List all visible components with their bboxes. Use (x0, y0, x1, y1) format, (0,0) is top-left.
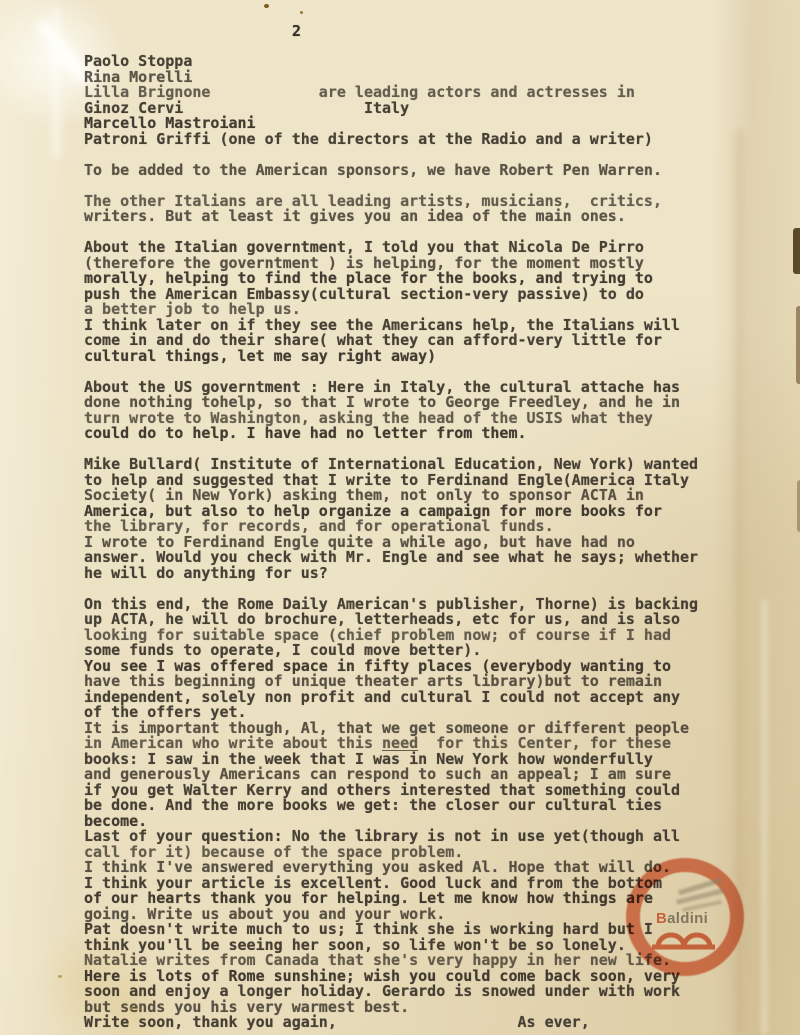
page-number: 2 (292, 22, 301, 40)
letter-line: To be added to the American sponsors, we… (84, 163, 774, 179)
letter-line: could do to help. I have had no letter f… (84, 426, 774, 442)
paper-crease-left (52, 8, 60, 158)
letter-line: Patroni Griffi (one of the directors at … (84, 132, 774, 148)
torn-edge-mark (793, 228, 800, 274)
torn-edge-mark (796, 306, 800, 384)
letter-line: be done. And the more books we get: the … (84, 798, 774, 814)
letter-line: Write soon, thank you again, As ever, (84, 1015, 774, 1031)
letter-line: cultural things, let me say right away) (84, 349, 774, 365)
letter-line: he will do anything for us? (84, 566, 774, 582)
paper-speck (300, 11, 303, 14)
paper-speck (264, 4, 269, 8)
scanned-letter-page: 2 Paolo StoppaRina MorelliLilla Brignone… (0, 0, 800, 1035)
letter-line: writers. But at least it gives you an id… (84, 209, 774, 225)
paper-speck (58, 975, 62, 978)
letter-body: Paolo StoppaRina MorelliLilla Brignone a… (84, 54, 774, 1031)
